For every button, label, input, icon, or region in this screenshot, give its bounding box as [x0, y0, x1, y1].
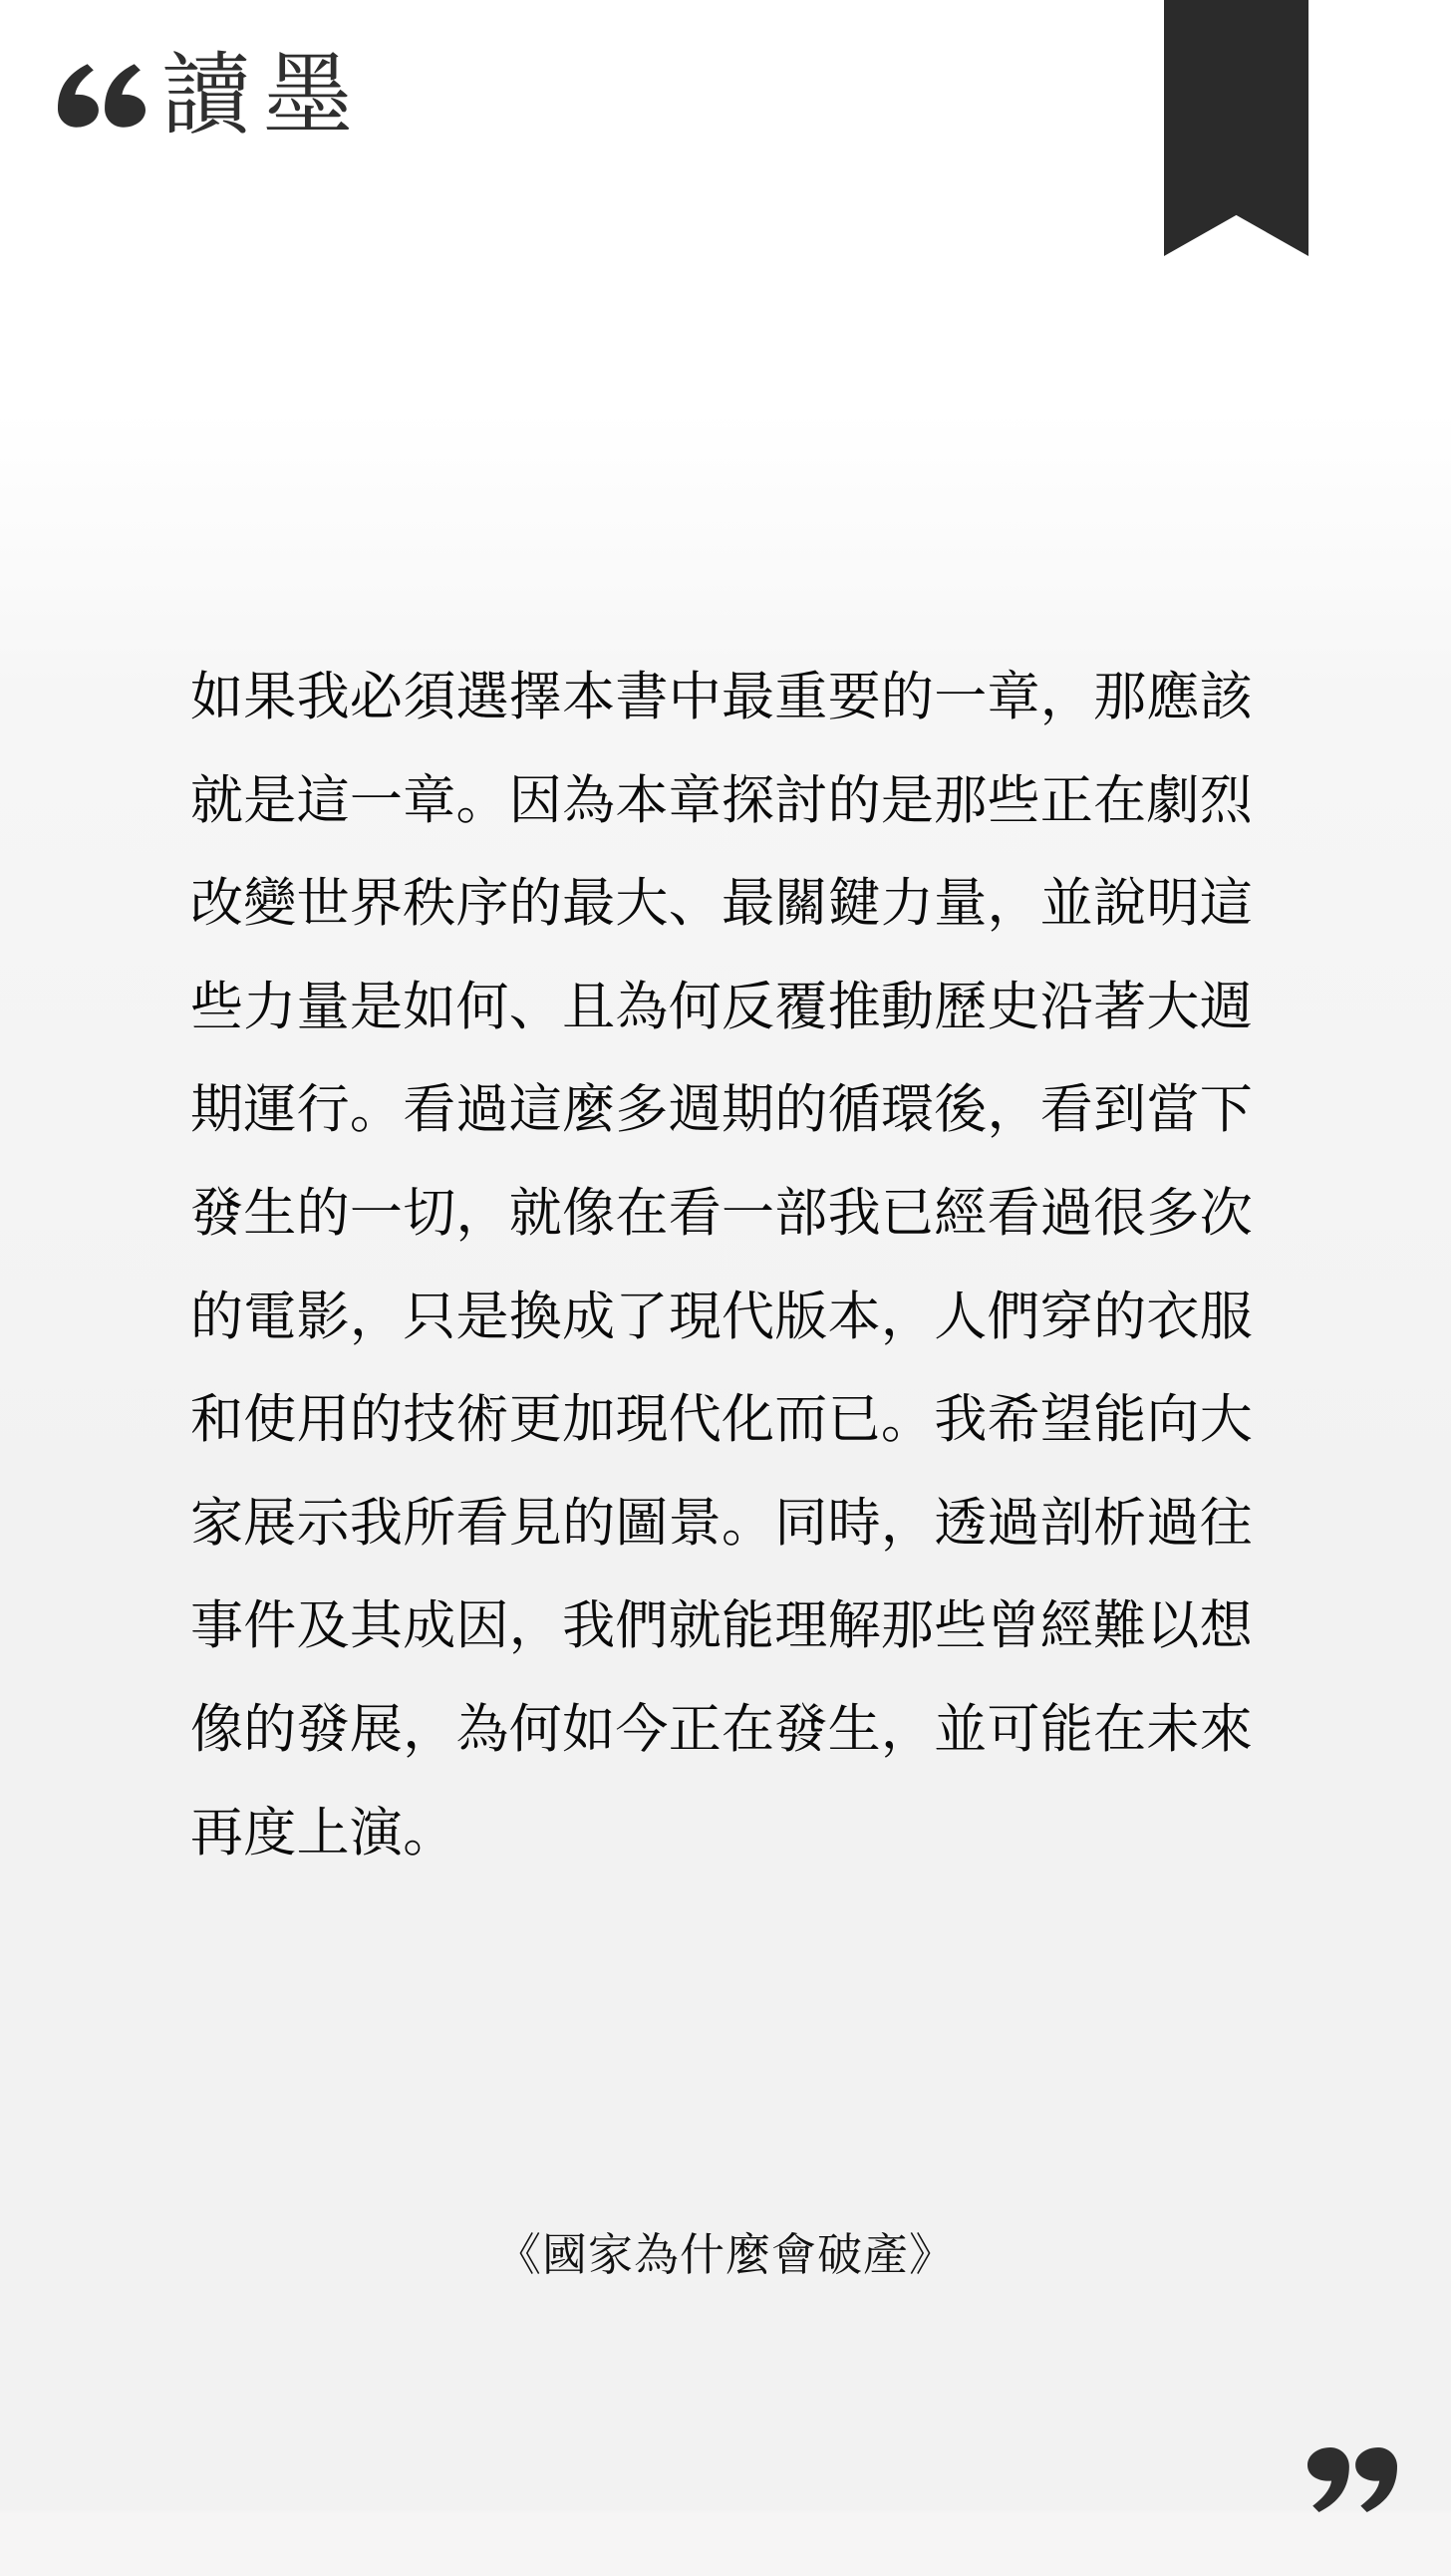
quote-line: 再度上演。 [190, 1782, 1253, 1885]
brand-name: 讀墨 [161, 48, 365, 143]
quote-line: 如果我必須選擇本書中最重要的一章，那應該 [190, 646, 1253, 749]
quote-line: 家展示我所看見的圖景。同時，透過剖析過往 [190, 1472, 1253, 1575]
opening-double-quote-icon [58, 64, 145, 128]
book-title: 《國家為什麼會破產》 [0, 2224, 1451, 2286]
quote-line: 就是這一章。因為本章探討的是那些正在劇烈 [190, 749, 1253, 853]
quote-line: 期運行。看過這麼多週期的循環後，看到當下 [190, 1058, 1253, 1162]
closing-double-quote-icon [1307, 2447, 1397, 2512]
quote-line: 像的發展，為何如今正在發生，並可能在未來 [190, 1678, 1253, 1782]
quote-line: 發生的一切，就像在看一部我已經看過很多次 [190, 1162, 1253, 1266]
quote-card: 讀墨 如果我必須選擇本書中最重要的一章，那應該 就是這一章。因為本章探討的是那些… [0, 0, 1451, 2576]
quote-line: 改變世界秩序的最大、最關鍵力量，並說明這 [190, 852, 1253, 956]
brand-logo: 讀墨 [58, 48, 365, 143]
quote-text-block: 如果我必須選擇本書中最重要的一章，那應該 就是這一章。因為本章探討的是那些正在劇… [190, 646, 1253, 1884]
bookmark-ribbon-icon [1164, 0, 1308, 256]
quote-line: 的電影，只是換成了現代版本，人們穿的衣服 [190, 1266, 1253, 1369]
quote-line: 和使用的技術更加現代化而已。我希望能向大 [190, 1368, 1253, 1472]
quote-line: 些力量是如何、且為何反覆推動歷史沿著大週 [190, 956, 1253, 1059]
quote-line: 事件及其成因，我們就能理解那些曾經難以想 [190, 1574, 1253, 1678]
